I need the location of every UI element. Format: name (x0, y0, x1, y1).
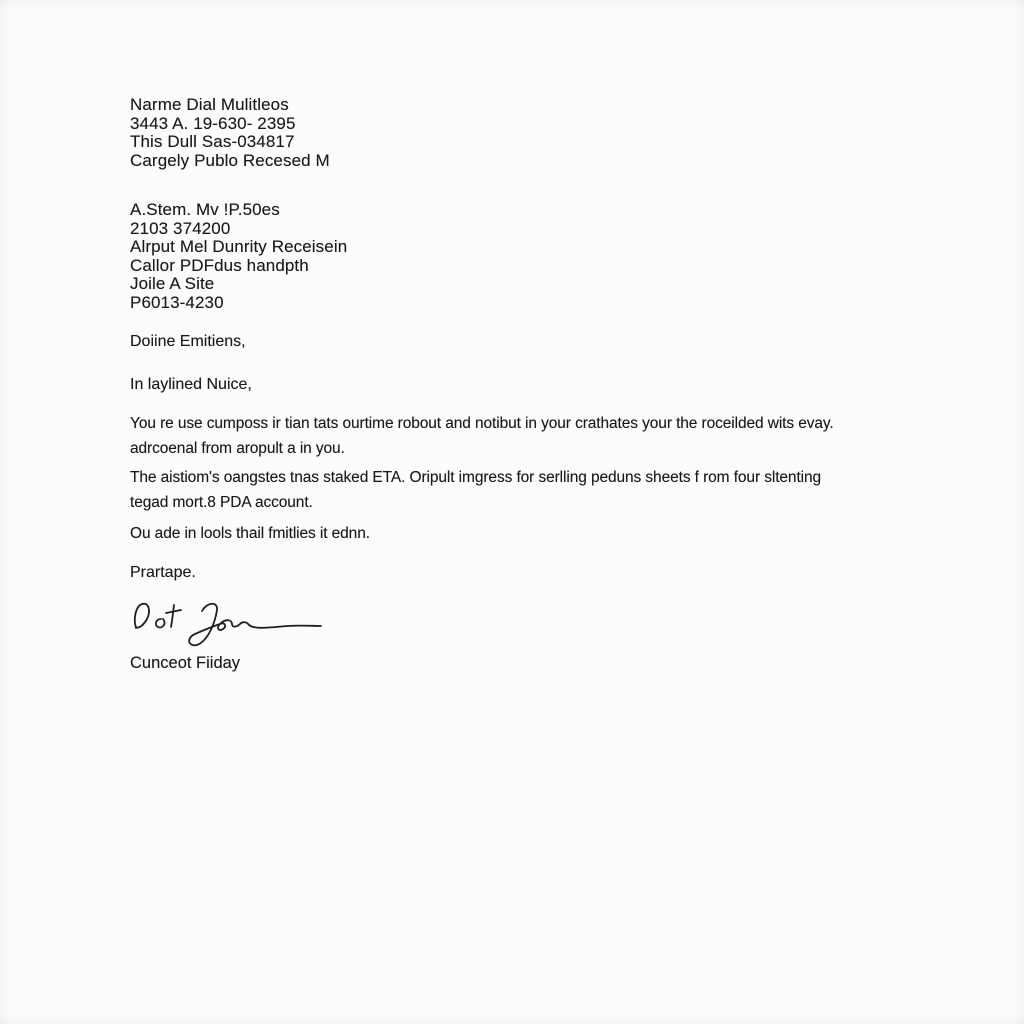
sender-line: Narme Dial Mulitleos (130, 96, 330, 115)
recipient-line: A.Stem. Mv !P.50es (130, 201, 347, 220)
closing-line: Prartape. (130, 564, 196, 582)
signature-image (128, 594, 333, 652)
letter-page: Narme Dial Mulitleos 3443 A. 19-630- 239… (0, 0, 1024, 1024)
recipient-line: Callor PDFdus handpth (130, 257, 347, 276)
sender-line: This Dull Sas-034817 (130, 133, 330, 152)
recipient-line: P6013-4230 (130, 294, 347, 313)
closing-text: Prartape. (130, 564, 196, 582)
body-line: Ou ade in lools thail fmitlies it ednn. (130, 521, 370, 546)
body-paragraph-2: The aistiom's oangstes tnas staked ETA. … (130, 465, 821, 515)
sender-line: 3443 A. 19-630- 2395 (130, 115, 330, 134)
recipient-line: 2103 374200 (130, 220, 347, 239)
signature-name: Cunceot Fiiday (130, 654, 240, 673)
date-line: Doiine Emitiens, (130, 333, 246, 351)
sender-line: Cargely Publo Recesed M (130, 152, 330, 171)
salutation: In laylined Nuice, (130, 376, 252, 394)
body-paragraph-3: Ou ade in lools thail fmitlies it ednn. (130, 521, 370, 546)
signature-name-text: Cunceot Fiiday (130, 654, 240, 673)
body-line: adrcoenal from aropult a in you. (130, 436, 834, 461)
sender-address-block: Narme Dial Mulitleos 3443 A. 19-630- 239… (130, 96, 330, 170)
date-text: Doiine Emitiens, (130, 333, 246, 351)
recipient-line: Alrput Mel Dunrity Receisein (130, 238, 347, 257)
recipient-address-block: A.Stem. Mv !P.50es 2103 374200 Alrput Me… (130, 201, 347, 312)
body-line: tegad mort.8 PDA account. (130, 490, 821, 515)
salutation-text: In laylined Nuice, (130, 376, 252, 394)
body-line: The aistiom's oangstes tnas staked ETA. … (130, 465, 821, 490)
recipient-line: Joile A Site (130, 275, 347, 294)
body-line: You re use cumposs ir tian tats ourtime … (130, 411, 834, 436)
body-paragraph-1: You re use cumposs ir tian tats ourtime … (130, 411, 834, 461)
